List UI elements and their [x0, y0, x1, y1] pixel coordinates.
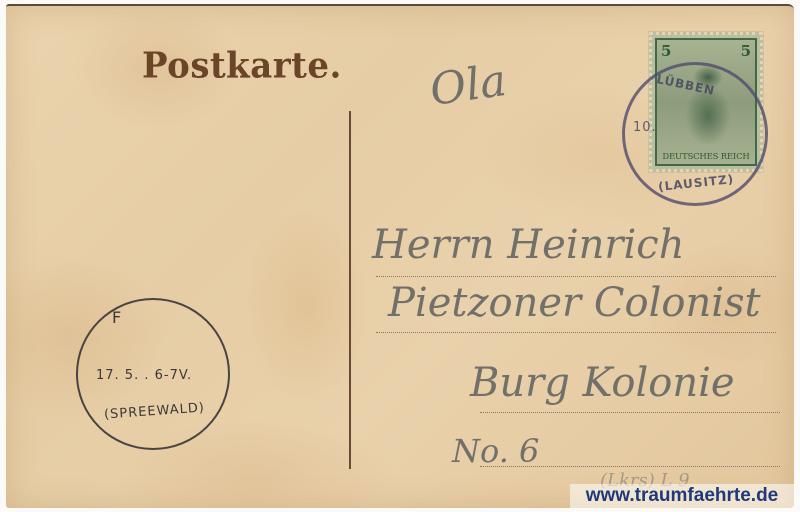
divider-line [349, 111, 351, 469]
address-line-1 [376, 276, 776, 277]
address-recipient: Herrn Heinrich [372, 222, 684, 268]
watermark-link[interactable]: www.traumfaehrte.de [570, 484, 794, 508]
stamp-value-right: 5 [741, 42, 751, 60]
address-line-2 [376, 332, 776, 333]
handwritten-note: Ola [427, 55, 510, 116]
stamp-value-left: 5 [661, 42, 671, 60]
address-line-3 [480, 412, 780, 413]
address-number: No. 6 [452, 432, 539, 470]
address-occupation: Pietzoner Colonist [388, 280, 761, 326]
postmark-left-top: F [112, 308, 122, 327]
postmark-right-date: 10. [633, 120, 657, 135]
postcard-title: Postkarte. [142, 45, 342, 87]
address-town: Burg Kolonie [470, 360, 735, 406]
postmark-left-date: 17. 5. . 6-7V. [96, 368, 192, 383]
